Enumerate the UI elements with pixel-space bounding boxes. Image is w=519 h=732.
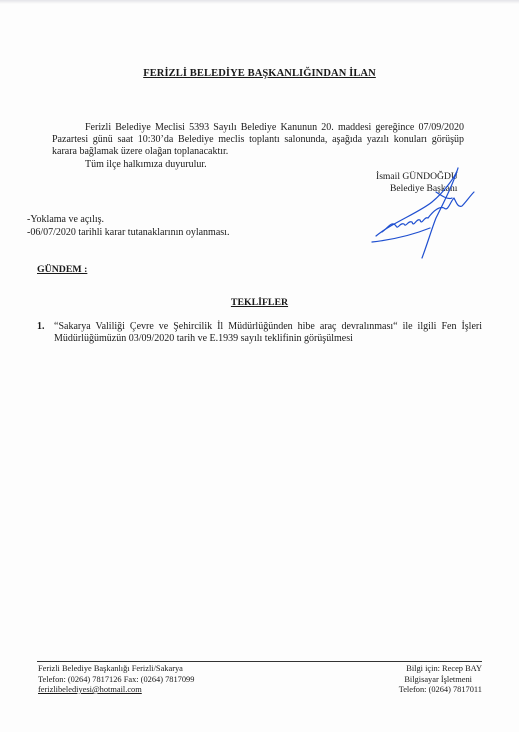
preliminary-item: -06/07/2020 tarihli karar tutanaklarının… <box>27 227 229 240</box>
announcement-line: karara bağlamak üzere olağan toplanacakt… <box>52 146 464 158</box>
announcement-line: Ferizli Belediye Meclisi 5393 Sayılı Bel… <box>52 122 464 134</box>
footer-info-phone: Telefon: (0264) 7817011 <box>399 685 482 696</box>
footer-address: Ferizli Belediye Başkanlığı Ferizli/Saka… <box>38 664 194 675</box>
announcement-line: Pazartesi günü saat 10:30’da Belediye me… <box>52 134 464 146</box>
proposals-heading: TEKLİFLER <box>0 297 519 308</box>
footer-contact-right: Bilgi için: Recep BAY Bilgisayar İşletme… <box>399 664 482 696</box>
page-edge-shadow <box>0 0 519 4</box>
footer-email-link[interactable]: ferizlibelediyesi@hotmail.com <box>38 685 194 696</box>
footer-divider <box>37 661 482 662</box>
agenda-heading: GÜNDEM : <box>37 264 87 275</box>
document-title: FERİZLİ BELEDİYE BAŞKANLIĞINDAN İLAN <box>0 68 519 79</box>
preliminary-items: -Yoklama ve açılış. -06/07/2020 tarihli … <box>27 214 229 239</box>
preliminary-item: -Yoklama ve açılış. <box>27 214 229 227</box>
proposal-line: “Sakarya Valiliği Çevre ve Şehircilik İl… <box>54 321 482 333</box>
footer-phone-fax: Telefon: (0264) 7817126 Fax: (0264) 7817… <box>38 675 194 686</box>
handwritten-signature <box>370 162 480 262</box>
proposal-text: “Sakarya Valiliği Çevre ve Şehircilik İl… <box>54 321 482 346</box>
proposal-item: 1. “Sakarya Valiliği Çevre ve Şehircilik… <box>37 321 482 346</box>
proposal-number: 1. <box>37 321 45 333</box>
proposal-line: Müdürlüğümüzün 03/09/2020 tarih ve E.193… <box>54 333 482 345</box>
footer-info-contact: Bilgi için: Recep BAY <box>399 664 482 675</box>
footer-info-title: Bilgisayar İşletmeni <box>399 675 482 686</box>
footer-contact-left: Ferizli Belediye Başkanlığı Ferizli/Saka… <box>38 664 194 696</box>
